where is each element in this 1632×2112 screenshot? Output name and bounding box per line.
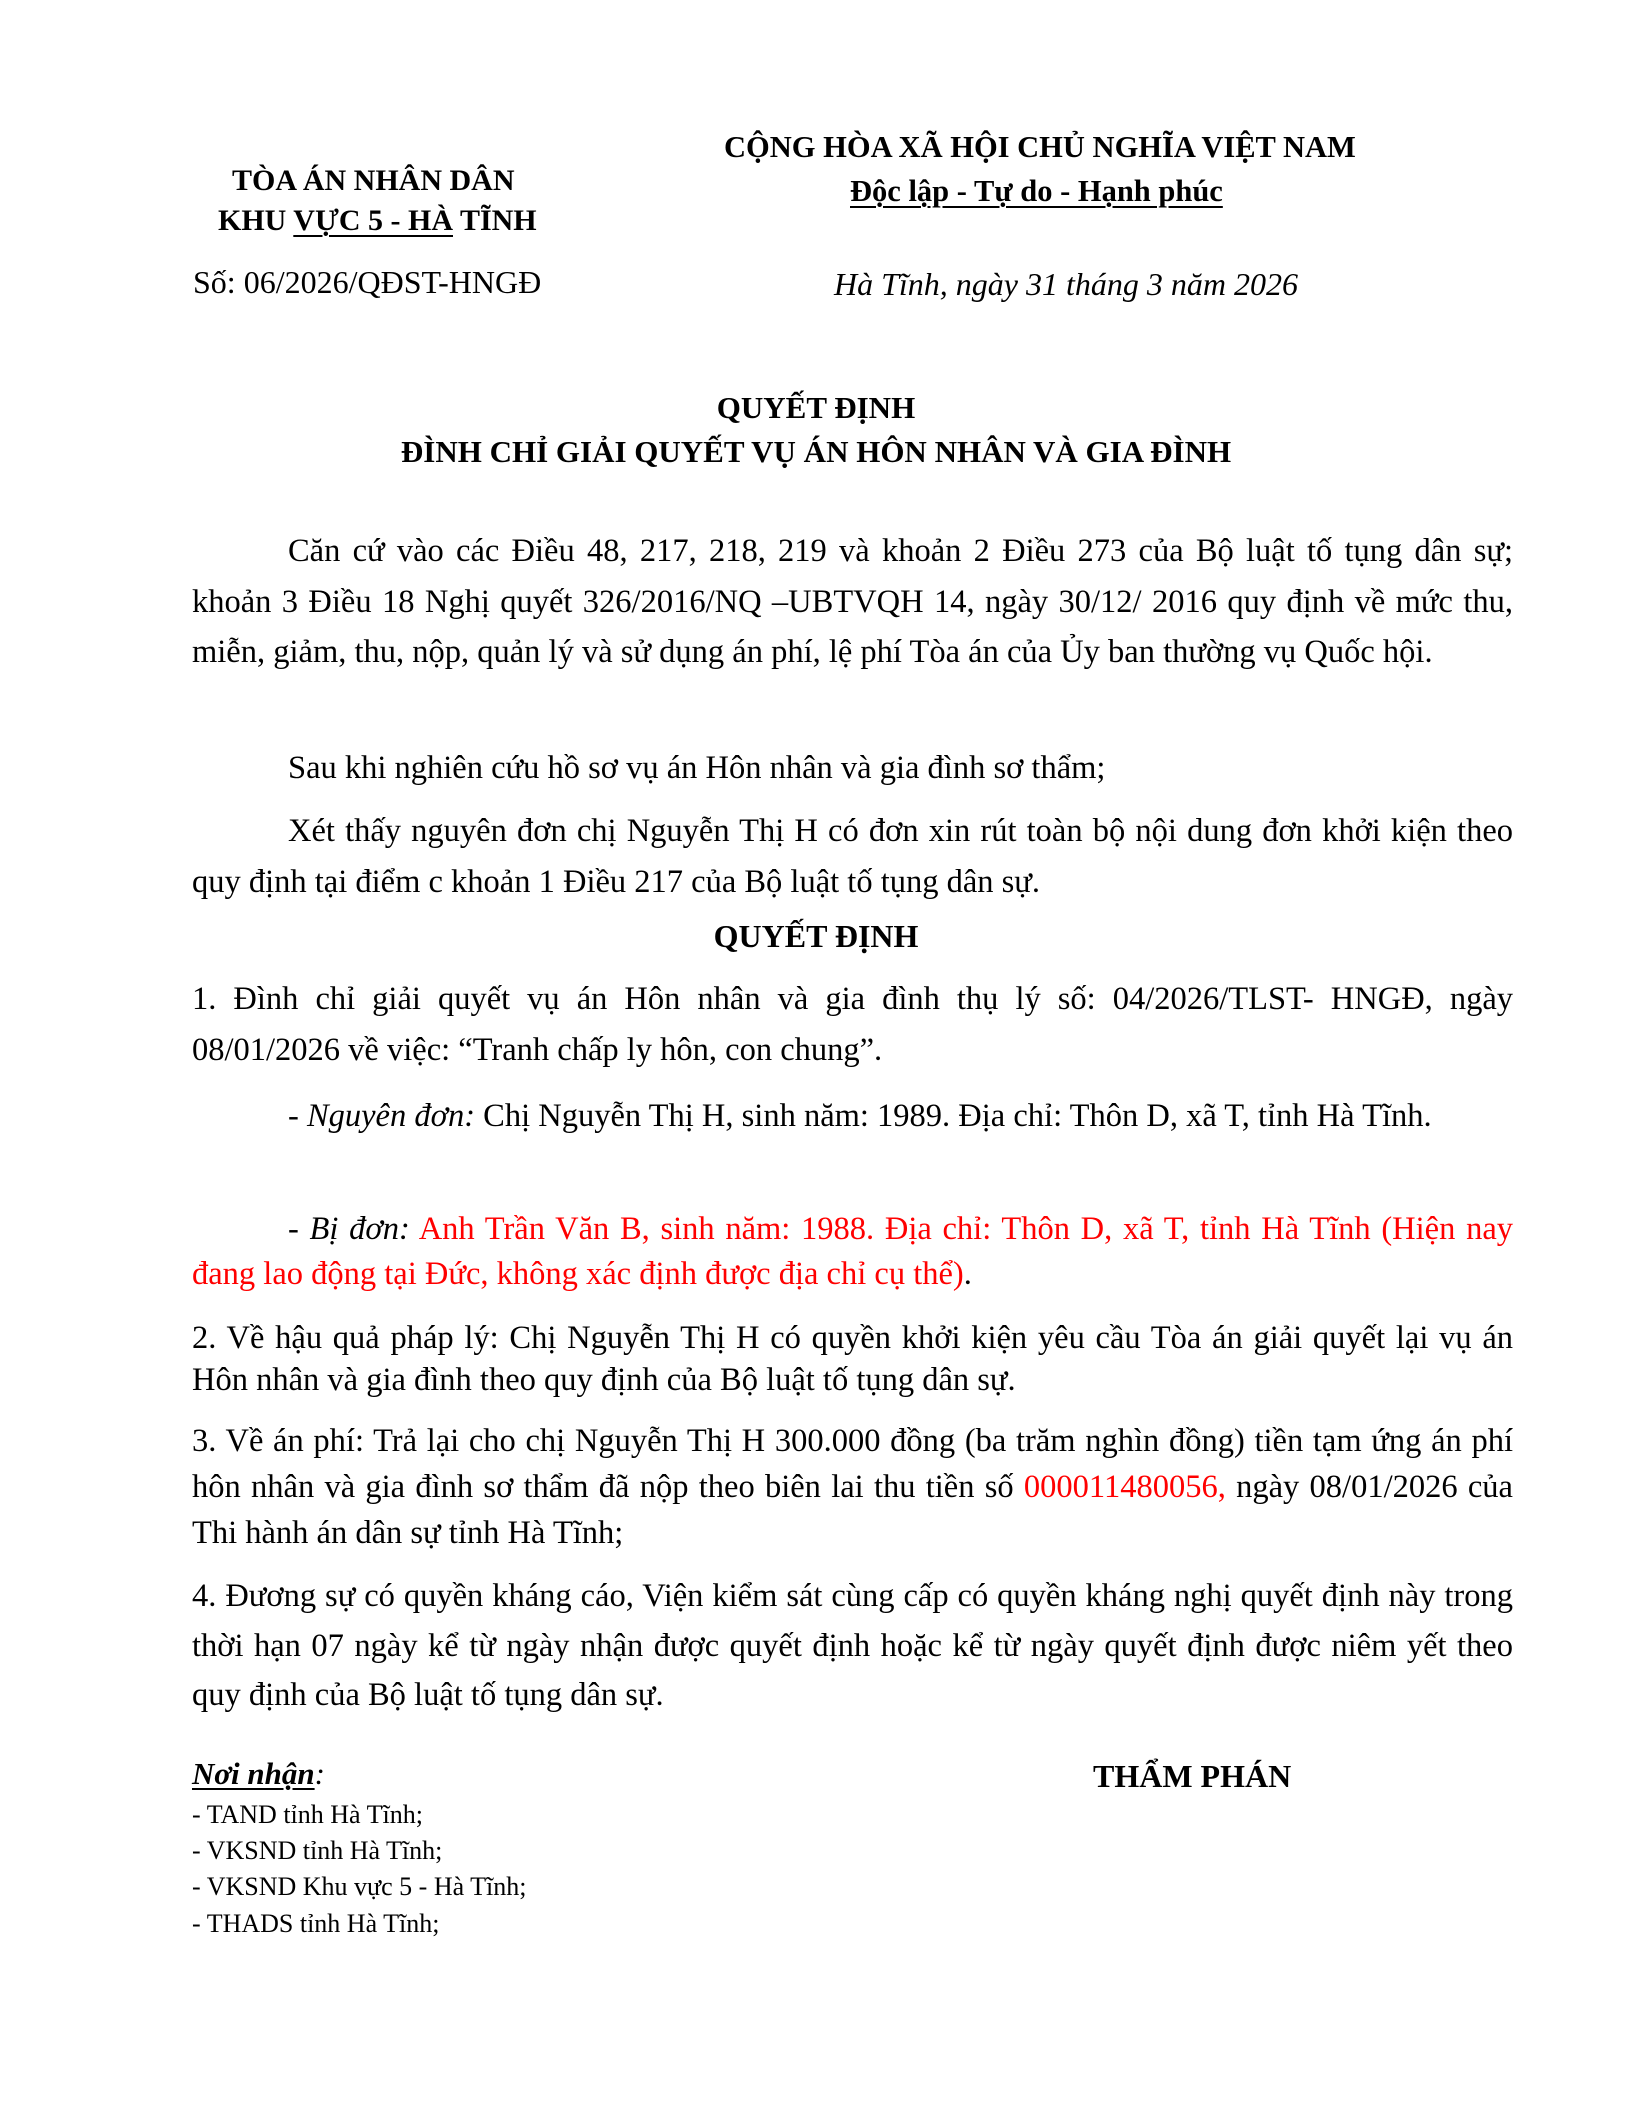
decision-item-3-paragraph: 3. Về án phí: Trả lại cho chị Nguyễn Thị…	[192, 1418, 1513, 1556]
plaintiff-info: - Nguyên đơn: Chị Nguyễn Thị H, sinh năm…	[192, 1092, 1513, 1140]
recipients-label-text: Nơi nhận	[192, 1756, 315, 1791]
preamble-basis: Căn cứ vào các Điều 48, 217, 218, 219 và…	[192, 526, 1513, 678]
recipient-item: - TAND tỉnh Hà Tĩnh;	[192, 1802, 423, 1828]
preamble-study: Sau khi nghiên cứu hồ sơ vụ án Hôn nhân …	[192, 743, 1513, 794]
decision-item-4-text: 4. Đương sự có quyền kháng cáo, Viện kiể…	[192, 1572, 1513, 1721]
recipient-item: - THADS tỉnh Hà Tĩnh;	[192, 1911, 439, 1937]
plaintiff-label: - Nguyên đơn:	[288, 1098, 475, 1134]
title-line2: ĐÌNH CHỈ GIẢI QUYẾT VỤ ÁN HÔN NHÂN VÀ GI…	[0, 436, 1632, 467]
decision-heading: QUYẾT ĐỊNH	[0, 920, 1632, 952]
preamble-finding-text: Xét thấy nguyên đơn chị Nguyễn Thị H có …	[192, 806, 1513, 907]
decision-item-1: 1. Đình chỉ giải quyết vụ án Hôn nhân và…	[192, 974, 1513, 1075]
preamble-study-text: Sau khi nghiên cứu hồ sơ vụ án Hôn nhân …	[192, 743, 1513, 794]
plaintiff-paragraph: - Nguyên đơn: Chị Nguyễn Thị H, sinh năm…	[192, 1092, 1513, 1140]
decision-item-2: 2. Về hậu quả pháp lý: Chị Nguyễn Thị H …	[192, 1317, 1513, 1401]
recipients-label: Nơi nhận:	[192, 1758, 325, 1789]
decision-item-4: 4. Đương sự có quyền kháng cáo, Viện kiể…	[192, 1572, 1513, 1721]
defendant-label: - Bị đơn:	[288, 1211, 410, 1247]
decision-item-3: 3. Về án phí: Trả lại cho chị Nguyễn Thị…	[192, 1418, 1513, 1556]
signature-title: THẨM PHÁN	[1093, 1760, 1291, 1792]
decision-item-1-text: 1. Đình chỉ giải quyết vụ án Hôn nhân và…	[192, 974, 1513, 1075]
place-date: Hà Tĩnh, ngày 31 tháng 3 năm 2026	[834, 268, 1298, 300]
defendant-info: - Bị đơn: Anh Trần Văn B, sinh năm: 1988…	[192, 1207, 1513, 1297]
defendant-paragraph: - Bị đơn: Anh Trần Văn B, sinh năm: 1988…	[192, 1207, 1513, 1297]
preamble-legal-basis: Căn cứ vào các Điều 48, 217, 218, 219 và…	[192, 526, 1513, 678]
defendant-end: .	[964, 1256, 972, 1292]
nation-motto: Độc lập - Tự do - Hạnh phúc	[850, 176, 1223, 207]
recipient-item: - VKSND tỉnh Hà Tĩnh;	[192, 1838, 442, 1864]
court-name: TÒA ÁN NHÂN DÂN	[232, 166, 515, 196]
nation-name: CỘNG HÒA XÃ HỘI CHỦ NGHĨA VIỆT NAM	[724, 132, 1356, 163]
recipient-item: - VKSND Khu vực 5 - Hà Tĩnh;	[192, 1874, 527, 1900]
preamble-finding: Xét thấy nguyên đơn chị Nguyễn Thị H có …	[192, 806, 1513, 907]
title-line1: QUYẾT ĐỊNH	[0, 392, 1632, 423]
recipients-label-colon: :	[315, 1756, 325, 1791]
decision-number: Số: 06/2026/QĐST-HNGĐ	[193, 266, 541, 298]
court-region-underlined: VỰC 5 - HÀ	[293, 204, 453, 237]
plaintiff-text: Chị Nguyễn Thị H, sinh năm: 1989. Địa ch…	[475, 1098, 1432, 1134]
court-region-post: TĨNH	[453, 204, 537, 237]
decision-item-2-text: 2. Về hậu quả pháp lý: Chị Nguyễn Thị H …	[192, 1317, 1513, 1401]
court-region-pre: KHU	[218, 204, 293, 237]
court-region: KHU VỰC 5 - HÀ TĨNH	[218, 206, 537, 236]
receipt-number: 000011480056,	[1024, 1469, 1226, 1505]
